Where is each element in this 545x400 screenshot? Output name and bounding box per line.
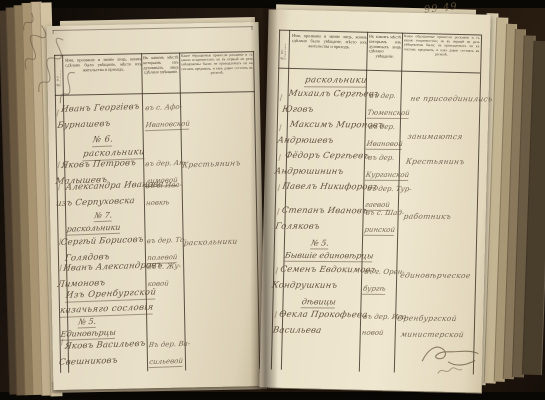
entry-name-line: Сергѣй Борисовъ bbox=[60, 236, 144, 248]
entry-place-line: Тюменской bbox=[366, 110, 410, 119]
entry-place-line: въ дер. bbox=[367, 155, 394, 162]
entry-name-line: Васильева bbox=[272, 327, 322, 336]
entry-place-line: новой bbox=[361, 330, 384, 337]
background-bottom bbox=[0, 392, 545, 400]
section-heading: Изъ Оренбургской bbox=[65, 288, 157, 302]
entry-remark: раскольники bbox=[183, 237, 238, 246]
section-heading: № 6. bbox=[92, 135, 114, 146]
entry-remark: работникъ bbox=[403, 213, 452, 221]
entry-name-line: Ѳекла Прокофьева bbox=[278, 311, 368, 320]
entry-name-line: Яковъ Васильевъ bbox=[64, 340, 146, 351]
entry-name-line: Павелъ Никифоровъ bbox=[282, 183, 380, 192]
entry-place-line: ринской bbox=[364, 227, 396, 236]
entry-name-line: Михаилъ Сергѣевъ bbox=[288, 90, 381, 99]
page-edge-scribbles bbox=[4, 0, 114, 130]
table-rule bbox=[141, 53, 148, 371]
entry-place-line: въ дер. bbox=[369, 93, 396, 100]
entry-name-line: Андрюшининъ bbox=[274, 168, 344, 177]
entry-place-line: въ с. Шад- bbox=[365, 210, 405, 217]
entry-place-line: сильевой bbox=[148, 358, 183, 368]
table-rule bbox=[179, 53, 186, 371]
entry-place-line: въ дер. Тур- bbox=[367, 186, 412, 193]
header-names: Имя, прозваніе и званіе лицъ, коимъ сдѣл… bbox=[292, 34, 367, 51]
section-heading: раскольники bbox=[66, 224, 121, 236]
section-heading: Единовѣрцы bbox=[60, 329, 116, 341]
entry-place-line: въ дер. Ан- bbox=[145, 160, 187, 169]
entry-place-line: Ивановской bbox=[145, 121, 190, 132]
entry-place-line: въ г. Орен- bbox=[364, 269, 406, 276]
section-heading: Бывшіе единовѣрцы bbox=[284, 252, 374, 263]
entry-place-line: Ивановой bbox=[366, 141, 404, 150]
entry-name-line: Юговъ bbox=[281, 106, 314, 115]
entry-place-line: въ дер. bbox=[368, 124, 395, 131]
entry-name-line: изъ Серпуховска bbox=[55, 197, 135, 208]
table-rule bbox=[473, 35, 482, 375]
entry-name-line: Яковъ Петровъ bbox=[61, 159, 137, 170]
book-gutter-shadow bbox=[250, 8, 278, 392]
entry-remark: Оренбургской bbox=[397, 315, 458, 323]
entry-place-line: новкѣ bbox=[146, 199, 170, 207]
entry-place-line: Курганской bbox=[365, 172, 410, 181]
entry-name-line: Андрюшевъ bbox=[277, 137, 334, 146]
entry-remark: не присоединились bbox=[410, 95, 493, 103]
section-heading: раскольники bbox=[304, 76, 367, 87]
section-heading: казачьяго сословія bbox=[59, 303, 154, 317]
entry-remark: единовѣрческое bbox=[400, 272, 472, 280]
header-place: Въ какомъ мѣстѣ которымъ изъ духовныхъ л… bbox=[368, 35, 401, 60]
entry-remark: министерской bbox=[400, 331, 464, 339]
row-number-mark bbox=[279, 124, 286, 132]
entry-name-line: Фёдоръ Сергѣевъ bbox=[284, 152, 369, 161]
section-heading: № 5. bbox=[78, 318, 97, 329]
section-heading: № 5. bbox=[310, 239, 329, 249]
entry-name-line: Кондрушкинъ bbox=[271, 282, 338, 291]
entry-remark: Крестьянинъ bbox=[182, 159, 241, 169]
entry-place-line: въ дер. То- bbox=[146, 237, 187, 245]
entry-name-line: Семенъ Евдокимовъ bbox=[280, 266, 378, 275]
entry-place-line: въ с. Ива- bbox=[145, 182, 182, 190]
header-result: Какое обращаемые принесли раскаяніе и съ… bbox=[404, 35, 480, 58]
entry-place-line: въ с. Жу- bbox=[147, 263, 182, 271]
entry-place-line: бургѣ bbox=[362, 286, 386, 295]
entry-place-line: въ с. Афо- bbox=[145, 104, 183, 112]
entry-name-line: Свешниковъ bbox=[58, 357, 118, 368]
table-rule bbox=[278, 68, 480, 74]
entry-name-line: Голяковъ bbox=[275, 223, 321, 232]
entry-name-line: Степанъ Ивановъ bbox=[281, 207, 368, 216]
header-result: Какое обращаемые принесли раскаяніе и съ… bbox=[181, 53, 253, 76]
scanned-register-spread: № по порядку Имя, прозваніе и званіе лиц… bbox=[0, 0, 545, 400]
header-row-number: № по порядку bbox=[280, 39, 286, 60]
entry-remark: занимаются bbox=[407, 133, 463, 141]
section-heading: № 7. bbox=[94, 212, 113, 223]
edge-ink-mark bbox=[436, 364, 464, 379]
entry-remark: Крестьянинъ bbox=[405, 158, 465, 166]
header-place: Въ какомъ мѣстѣ которымъ изъ духовныхъ л… bbox=[143, 56, 179, 76]
entry-name-line: Лимоновъ bbox=[57, 279, 106, 289]
section-heading: дѣвицы bbox=[301, 298, 337, 308]
right-page: № по порядку Имя, прозваніе и званіе лиц… bbox=[259, 9, 490, 392]
row-number-mark bbox=[280, 94, 287, 102]
